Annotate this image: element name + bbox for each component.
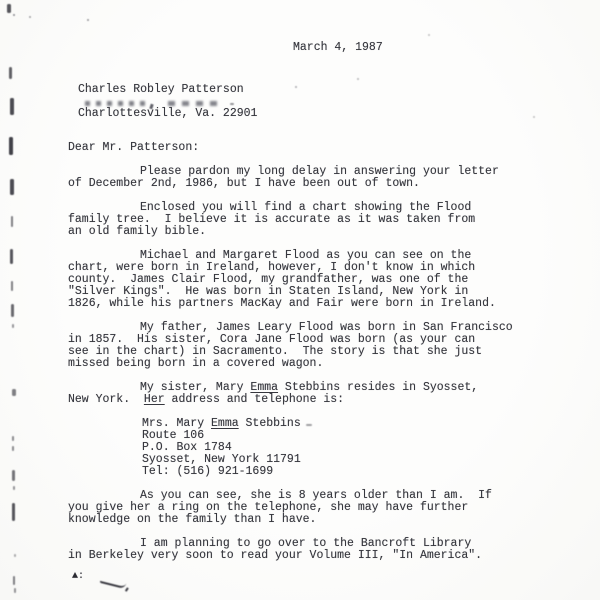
recipient-name: Charles Robley Patterson bbox=[78, 84, 257, 96]
letter-line: of December 2nd, 1986, but I have been o… bbox=[68, 178, 513, 190]
text-segment: New York. bbox=[68, 393, 144, 406]
underlined-text: Her bbox=[144, 393, 165, 406]
redacted-address-line bbox=[78, 96, 257, 108]
scan-artifact bbox=[11, 304, 14, 317]
letter-line: knowledge on the family than I have. bbox=[68, 514, 513, 526]
scan-artifact bbox=[295, 86, 297, 88]
text-segment: an old family bible. bbox=[68, 225, 206, 238]
scan-artifact bbox=[357, 78, 359, 80]
scan-artifact bbox=[7, 4, 11, 13]
letter-line: Syosset, New York 11791 bbox=[68, 454, 513, 466]
scan-artifact bbox=[9, 137, 13, 155]
scan-artifact bbox=[9, 67, 12, 79]
scan-artifact bbox=[10, 179, 14, 195]
recipient-block: Charles Robley Patterson Charlottesville… bbox=[78, 84, 257, 120]
letter-date: March 4, 1987 bbox=[293, 42, 383, 54]
scan-artifact bbox=[230, 103, 234, 105]
letter-line: missed being born in a covered wagon. bbox=[68, 358, 513, 370]
scan-artifact bbox=[12, 324, 14, 328]
paragraph: Michael and Margaret Flood as you can se… bbox=[68, 250, 513, 310]
scan-artifact bbox=[11, 281, 13, 291]
salutation: Dear Mr. Patterson: bbox=[68, 142, 513, 154]
scan-artifact bbox=[428, 34, 430, 36]
underlined-text: Emma bbox=[211, 417, 239, 430]
letter-line: Route 106 bbox=[68, 430, 513, 442]
scan-artifact bbox=[533, 116, 535, 118]
letter-body: Dear Mr. Patterson: Please pardon my lon… bbox=[68, 142, 513, 562]
handwritten-mark: ▲: bbox=[72, 571, 84, 582]
scan-artifact bbox=[14, 588, 16, 593]
scan-artifact bbox=[306, 424, 312, 426]
letter-line: in Berkeley very soon to read your Volum… bbox=[68, 550, 513, 562]
address-block: Mrs. Mary Emma StebbinsRoute 106P.O. Box… bbox=[68, 418, 513, 478]
letter-document: March 4, 1987 Charles Robley Patterson C… bbox=[0, 0, 600, 600]
footer-mark-glyph: ▲: bbox=[72, 571, 84, 582]
text-segment: address and telephone is: bbox=[165, 393, 344, 406]
scan-artifact bbox=[12, 503, 15, 521]
letter-paragraphs: Please pardon my long delay in answering… bbox=[68, 166, 513, 562]
squiggle-mark bbox=[100, 577, 127, 589]
text-segment: Stebbins bbox=[239, 417, 301, 430]
paragraph: I am planning to go over to the Bancroft… bbox=[68, 538, 513, 562]
paragraph: Enclosed you will find a chart showing t… bbox=[68, 202, 513, 238]
scan-artifact bbox=[13, 486, 15, 490]
letter-line: an old family bible. bbox=[68, 226, 513, 238]
scan-artifact bbox=[14, 554, 16, 557]
paragraph: My sister, Mary Emma Stebbins resides in… bbox=[68, 382, 513, 406]
scan-artifact bbox=[87, 19, 89, 21]
paragraph: My father, James Leary Flood was born in… bbox=[68, 322, 513, 370]
paragraph: As you can see, she is 8 years older tha… bbox=[68, 490, 513, 526]
scan-artifact bbox=[10, 98, 14, 115]
scan-artifact bbox=[12, 389, 16, 396]
scan-artifact bbox=[12, 446, 14, 451]
letter-line: Tel: (516) 921-1699 bbox=[68, 466, 513, 478]
paragraph: Please pardon my long delay in answering… bbox=[68, 166, 513, 190]
scan-artifact bbox=[13, 576, 15, 585]
letter-line: New York. Her address and telephone is: bbox=[68, 394, 513, 406]
scan-artifact bbox=[12, 436, 14, 441]
text-segment: knowledge on the family than I have. bbox=[68, 513, 316, 526]
scan-artifact bbox=[29, 16, 31, 18]
scan-artifact bbox=[13, 14, 15, 16]
erased-text-smear bbox=[168, 101, 218, 106]
text-segment: 1826, while his partners MacKay and Fair… bbox=[68, 297, 496, 310]
scan-artifact bbox=[11, 216, 13, 227]
text-segment: in Berkeley very soon to read your Volum… bbox=[68, 549, 482, 562]
scan-artifact bbox=[10, 249, 13, 264]
text-segment: Tel: (516) 921-1699 bbox=[142, 465, 273, 478]
letter-line: 1826, while his partners MacKay and Fair… bbox=[68, 298, 513, 310]
scan-artifact bbox=[12, 470, 15, 481]
text-segment: missed being born in a covered wagon. bbox=[68, 357, 323, 370]
erased-text-smear bbox=[85, 101, 151, 106]
text-segment: of December 2nd, 1986, but I have been o… bbox=[68, 177, 420, 190]
letter-line: Mrs. Mary Emma Stebbins bbox=[68, 418, 513, 430]
